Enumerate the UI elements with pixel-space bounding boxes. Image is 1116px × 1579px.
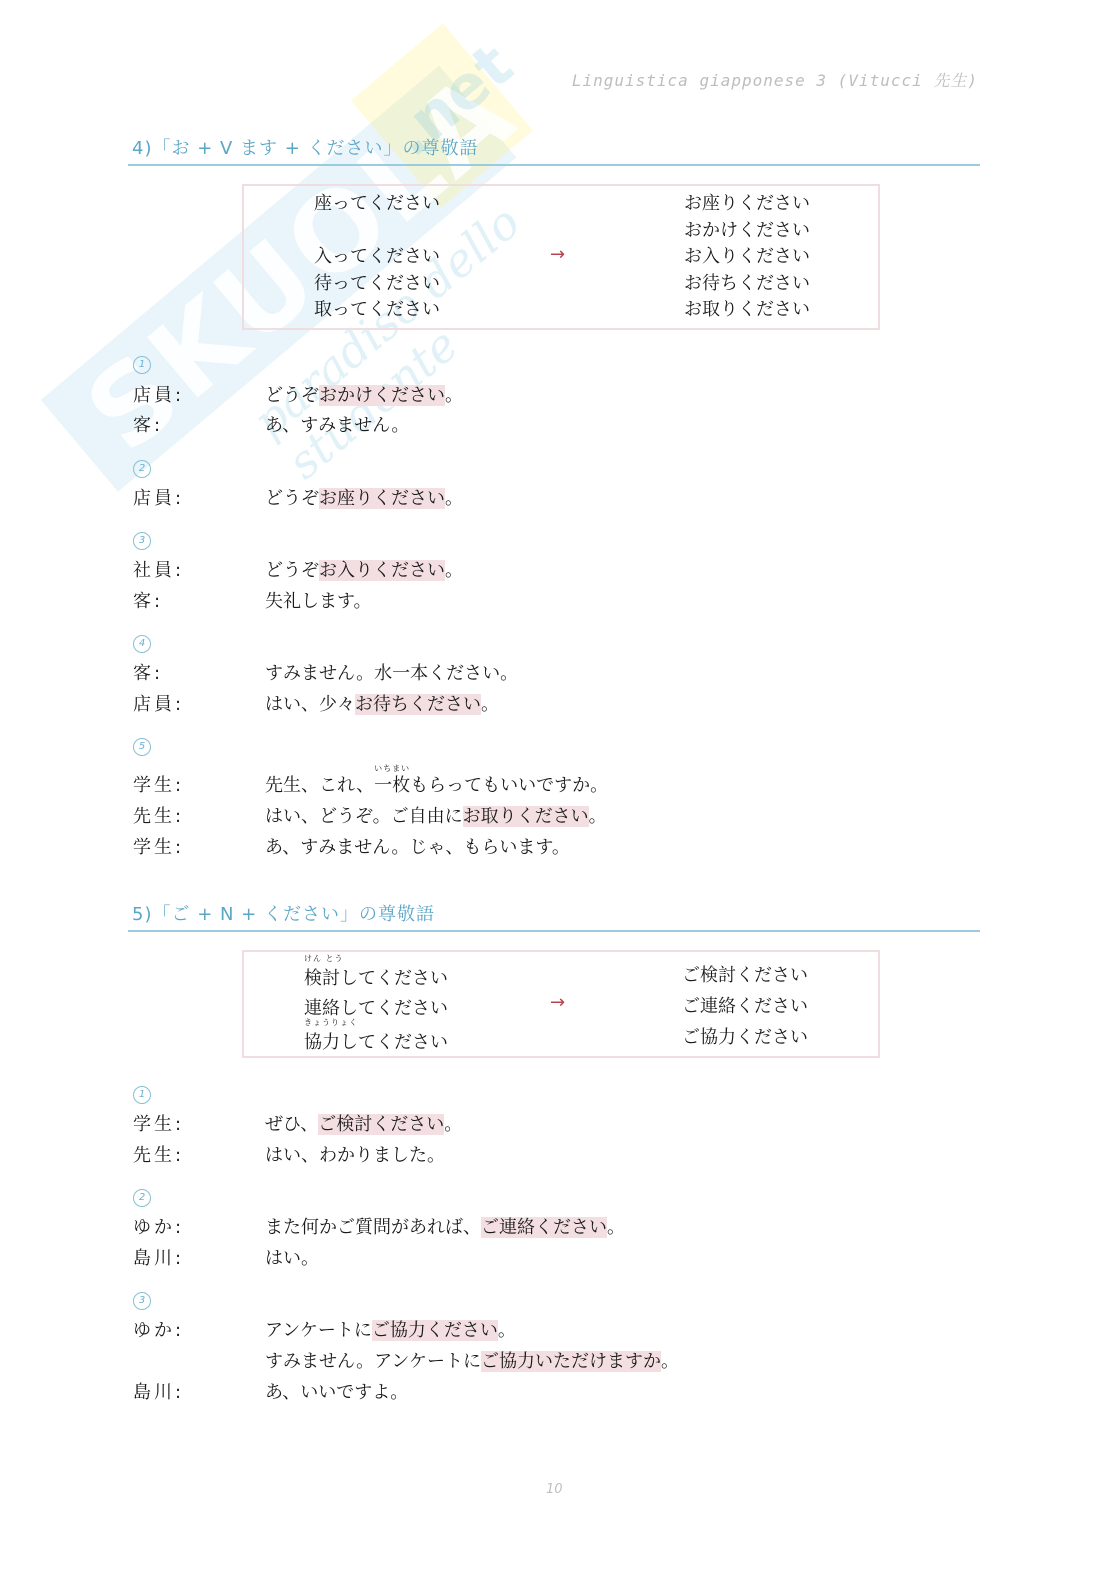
utterance-text: 。: [498, 1320, 516, 1341]
utterance-text: また何かご質問があれば、: [265, 1217, 481, 1238]
plain-form-rest: してください: [340, 1032, 448, 1053]
plain-form: 待ってください: [314, 271, 440, 298]
highlighted-honorific: ご協力ください: [372, 1320, 498, 1341]
utterance: どうぞお座りください。: [265, 487, 463, 511]
plain-form-base: 連絡: [304, 998, 340, 1019]
utterance: あ、すみません。: [265, 414, 409, 438]
utterance: 失礼します。: [265, 590, 372, 614]
honorific-form: おかけください: [684, 218, 810, 245]
ruby-word: きょうりょく協力: [304, 1028, 340, 1058]
section-divider: [128, 930, 980, 932]
plain-form: 取ってください: [314, 297, 440, 324]
arrow-right-icon: →: [550, 992, 565, 1013]
furigana: きょうりょく: [304, 1019, 358, 1027]
example-number: 2: [133, 1189, 151, 1207]
utterance: ぜひ、ご検討ください。: [265, 1113, 462, 1137]
utterance: はい、少々お待ちください。: [265, 693, 499, 717]
ruby-word: けん とう検討: [304, 964, 340, 994]
plain-forms-column: けん とう検討してください 連絡してください きょうりょく協力してください: [304, 964, 448, 1058]
honorific-form: ご連絡ください: [682, 991, 808, 1022]
utterance-text: 。: [589, 806, 607, 827]
ruby-base: 一枚: [374, 775, 410, 796]
honorific-form: お取りください: [684, 297, 810, 324]
utterance: あ、すみません。じゃ、もらいます。: [265, 836, 570, 860]
example-number: 1: [133, 356, 151, 374]
speaker-label: 学生:: [133, 1113, 184, 1137]
section-divider: [128, 164, 980, 166]
utterance-text: 。: [445, 385, 463, 406]
highlighted-honorific: ご連絡ください: [481, 1217, 607, 1238]
speaker-label: 学生:: [133, 836, 184, 860]
example-number: 2: [133, 460, 151, 478]
utterance-text: どうぞ: [265, 488, 319, 509]
speaker-label: 島川:: [133, 1381, 184, 1405]
utterance-text: 。: [444, 1114, 462, 1135]
honorific-forms-column: お座りください おかけください お入りください お待ちください お取りください: [684, 191, 810, 324]
speaker-label: 客:: [133, 590, 163, 614]
example-number: 4: [133, 635, 151, 653]
utterance-text: アンケートに: [265, 1320, 372, 1341]
section-title-5: 5)「ご + N + ください」の尊敬語: [132, 900, 435, 926]
honorific-form: お待ちください: [684, 271, 810, 298]
example-number: 3: [133, 1292, 151, 1310]
conversion-table-4: 座ってください 入ってください 待ってください 取ってください → お座りくださ…: [242, 184, 880, 330]
utterance: アンケートにご協力ください。: [265, 1319, 516, 1343]
example-number: 5: [133, 738, 151, 756]
plain-form: [314, 218, 440, 245]
speaker-label: 社員:: [133, 559, 184, 583]
plain-form: けん とう検討してください: [304, 964, 448, 994]
speaker-label: 学生:: [133, 774, 184, 798]
utterance-text: 。: [445, 560, 463, 581]
speaker-label: 店員:: [133, 384, 184, 408]
utterance: すみません。アンケートにご協力いただけますか。: [265, 1350, 679, 1374]
speaker-label: 先生:: [133, 1144, 184, 1168]
utterance-text: はい、どうぞ。ご自由に: [265, 806, 463, 827]
speaker-label: 先生:: [133, 805, 184, 829]
utterance: また何かご質問があれば、ご連絡ください。: [265, 1216, 625, 1240]
utterance: すみません。水一本ください。: [265, 662, 518, 686]
utterance-text: 。: [661, 1351, 679, 1372]
highlighted-honorific: お待ちください: [355, 694, 481, 715]
utterance: はい、わかりました。: [265, 1144, 445, 1168]
highlighted-honorific: お入りください: [319, 560, 445, 581]
highlighted-honorific: おかけください: [319, 385, 445, 406]
honorific-form: ご検討ください: [682, 960, 808, 991]
plain-form: 入ってください: [314, 244, 440, 271]
arrow-right-icon: →: [550, 244, 565, 265]
plain-form-rest: してください: [340, 998, 448, 1019]
utterance-text: ぜひ、: [265, 1114, 318, 1135]
plain-forms-column: 座ってください 入ってください 待ってください 取ってください: [314, 191, 440, 324]
speaker-label: ゆか:: [133, 1319, 184, 1343]
conversion-table-5: けん とう検討してください 連絡してください きょうりょく協力してください → …: [242, 950, 880, 1058]
plain-form-rest: してください: [340, 968, 448, 989]
highlighted-honorific: お取りください: [463, 806, 589, 827]
utterance: 先生、これ、いちまい一枚もらってもいいですか。: [265, 774, 608, 798]
utterance: あ、いいですよ。: [265, 1381, 408, 1405]
running-header: Linguistica giapponese 3 (Vitucci 先生): [572, 68, 978, 91]
plain-form: きょうりょく協力してください: [304, 1028, 448, 1058]
utterance-text: 。: [481, 694, 499, 715]
utterance: どうぞおかけください。: [265, 384, 463, 408]
speaker-label: 客:: [133, 662, 163, 686]
honorific-forms-column: ご検討ください ご連絡ください ご協力ください: [682, 960, 808, 1053]
speaker-label: 店員:: [133, 693, 184, 717]
speaker-label: ゆか:: [133, 1216, 184, 1240]
utterance-text: 先生、これ、: [265, 775, 374, 796]
utterance-text: もらってもいいですか。: [410, 775, 608, 796]
speaker-label: 店員:: [133, 487, 184, 511]
watermark-net-badge: [351, 23, 533, 207]
utterance-text: すみません。アンケートに: [265, 1351, 481, 1372]
utterance-text: 。: [445, 488, 463, 509]
utterance-text: はい、少々: [265, 694, 355, 715]
utterance-text: どうぞ: [265, 560, 319, 581]
furigana: いちまい: [374, 765, 410, 773]
highlighted-honorific: お座りください: [319, 488, 445, 509]
ruby-word: いちまい一枚: [374, 774, 410, 798]
ruby-base: 協力: [304, 1032, 340, 1053]
highlighted-honorific: ご検討ください: [318, 1114, 444, 1135]
ruby-base: 検討: [304, 968, 340, 989]
speaker-label: 客:: [133, 414, 163, 438]
example-number: 3: [133, 532, 151, 550]
furigana: けん とう: [304, 955, 344, 963]
honorific-form: お入りください: [684, 244, 810, 271]
section-title-4: 4)「お + V ます + ください」の尊敬語: [132, 134, 479, 160]
utterance: どうぞお入りください。: [265, 559, 463, 583]
honorific-form: ご協力ください: [682, 1022, 808, 1053]
page-number: 10: [546, 1482, 563, 1497]
example-number: 1: [133, 1086, 151, 1104]
plain-form: 座ってください: [314, 191, 440, 218]
highlighted-honorific: ご協力いただけますか: [481, 1351, 661, 1372]
speaker-label: 島川:: [133, 1247, 184, 1271]
honorific-form: お座りください: [684, 191, 810, 218]
utterance-text: 。: [607, 1217, 625, 1238]
utterance-text: どうぞ: [265, 385, 319, 406]
utterance: はい。: [265, 1247, 319, 1271]
utterance: はい、どうぞ。ご自由にお取りください。: [265, 805, 607, 829]
